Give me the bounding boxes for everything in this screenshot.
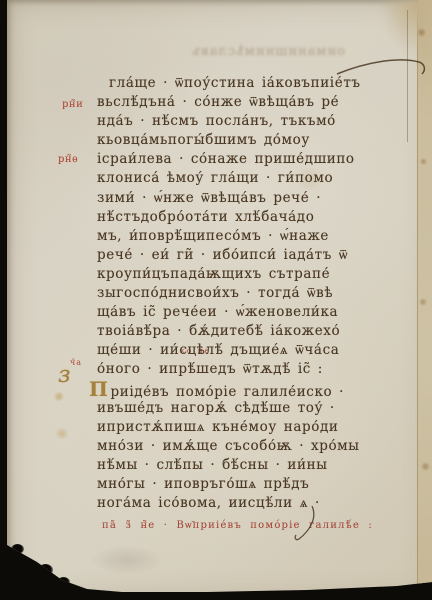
manuscript-line: мно́зи · имѫ́ще съсобо́ѭ · хро́мы bbox=[97, 437, 399, 456]
manuscript-line: твоіа́вѣ́ра · бѫ́дитебѣ́ іа́кожехо́ bbox=[97, 322, 399, 341]
wormhole bbox=[11, 544, 24, 554]
ammonian-section-number: рн̃и bbox=[62, 99, 83, 110]
manuscript-line: ща́въ іс̃ рече́еи · ѡ́женовели́ка bbox=[97, 303, 399, 322]
liturgical-rubric: па̃ з̃ н̃е · Вѡ̃приіе́въ помо́ріе галилѣ… bbox=[102, 520, 362, 531]
manuscript-line: кьовца́мьпогы́бшимъ до́моу bbox=[97, 131, 399, 150]
manuscript-line: ивъше́дъ нагорѫ́ сѣдѣ́ше тоу́ · bbox=[97, 399, 399, 418]
manuscript-line-text: риіде́въ помо́ріе галиле́иско · bbox=[111, 384, 345, 400]
corner-shadow bbox=[382, 0, 424, 52]
zachalo-marker: з ч̃а bbox=[50, 360, 90, 402]
zachalo-red-letters: ч̃а bbox=[70, 358, 82, 367]
illuminated-initial: П bbox=[89, 377, 109, 401]
manuscript-line: Приіде́въ помо́ріе галиле́иско · bbox=[97, 380, 399, 399]
manuscript-line: о́ного · ипрѣ́шедъ ѿтѫдѣ́ іс̃ : bbox=[97, 360, 399, 379]
manuscript-line: ще́ши · ии́сцѣлѣ́ дъщие́ѧ ѿча́са bbox=[97, 341, 399, 360]
ruling-line bbox=[407, 10, 408, 142]
manuscript-photo: оиманишнимѣславъ рн̃и рн̃ѳ з ч̃а ко́ не́… bbox=[0, 0, 432, 600]
stain bbox=[420, 158, 427, 165]
manuscript-line: нѣ́мы · слѣ́пы · бѣ́сны · ии́ны bbox=[97, 456, 399, 475]
text-block: гла́ще · ѿпоу́стина іа́ковъпиіе́тъ вьслѣ… bbox=[97, 74, 399, 513]
manuscript-line: клониса́ ѣмоу́ гла́щи · ги́помо bbox=[97, 169, 399, 188]
manuscript-line: мно́гы · иповръго́шѧ прѣ́дъ bbox=[97, 475, 399, 494]
stain bbox=[55, 428, 69, 439]
manuscript-line: нѣ́стъдобро́ота́ти хлѣ́бача́до bbox=[97, 208, 399, 227]
parchment-page: оиманишнимѣславъ рн̃и рн̃ѳ з ч̃а ко́ не́… bbox=[7, 0, 432, 600]
manuscript-line: гла́ще · ѿпоу́стина іа́ковъпиіе́тъ bbox=[97, 74, 399, 93]
manuscript-line: ісраи́лева · со́наже прише́дшипо bbox=[97, 150, 399, 169]
manuscript-line: нога́ма ісо́вома, иисцѣ́ли ѧ · bbox=[97, 494, 399, 513]
manuscript-line: рече́ · еи́ ги̃ · ибо́ипси́ іада́тъ ѿ bbox=[97, 246, 399, 265]
manuscript-line: нда́ъ · нѣ́смъ посла́нъ, тъкъмо́ bbox=[97, 112, 399, 131]
manuscript-line: ипристѫ́пишѧ къне́моу наро́ди bbox=[97, 418, 399, 437]
stain bbox=[421, 462, 430, 471]
manuscript-line: вьслѣ́дъна́ · со́нже ѿвѣща́въ ре́ bbox=[97, 93, 399, 112]
stain bbox=[419, 298, 427, 306]
manuscript-line: зыгоспо́днисвои́хъ · тогда́ ѿвѣ bbox=[97, 284, 399, 303]
wormhole bbox=[57, 577, 70, 587]
verso-show-through: оиманишнимѣславъ bbox=[135, 44, 345, 59]
ammonian-section-number: рн̃ѳ bbox=[58, 154, 78, 165]
manuscript-line: зими́ · ѡ́нже ѿвѣща́въ рече́ · bbox=[97, 189, 399, 208]
manuscript-line: кроупи́цъпада́ѭщихъ сътрапе́ bbox=[97, 265, 399, 284]
stain bbox=[92, 546, 162, 574]
wormhole bbox=[38, 564, 53, 576]
manuscript-line: мъ, и́поврѣ́щипесо́мъ · ѡ́наже bbox=[97, 227, 399, 246]
zachalo-gold-letter: з bbox=[58, 362, 71, 388]
stain bbox=[417, 28, 426, 37]
